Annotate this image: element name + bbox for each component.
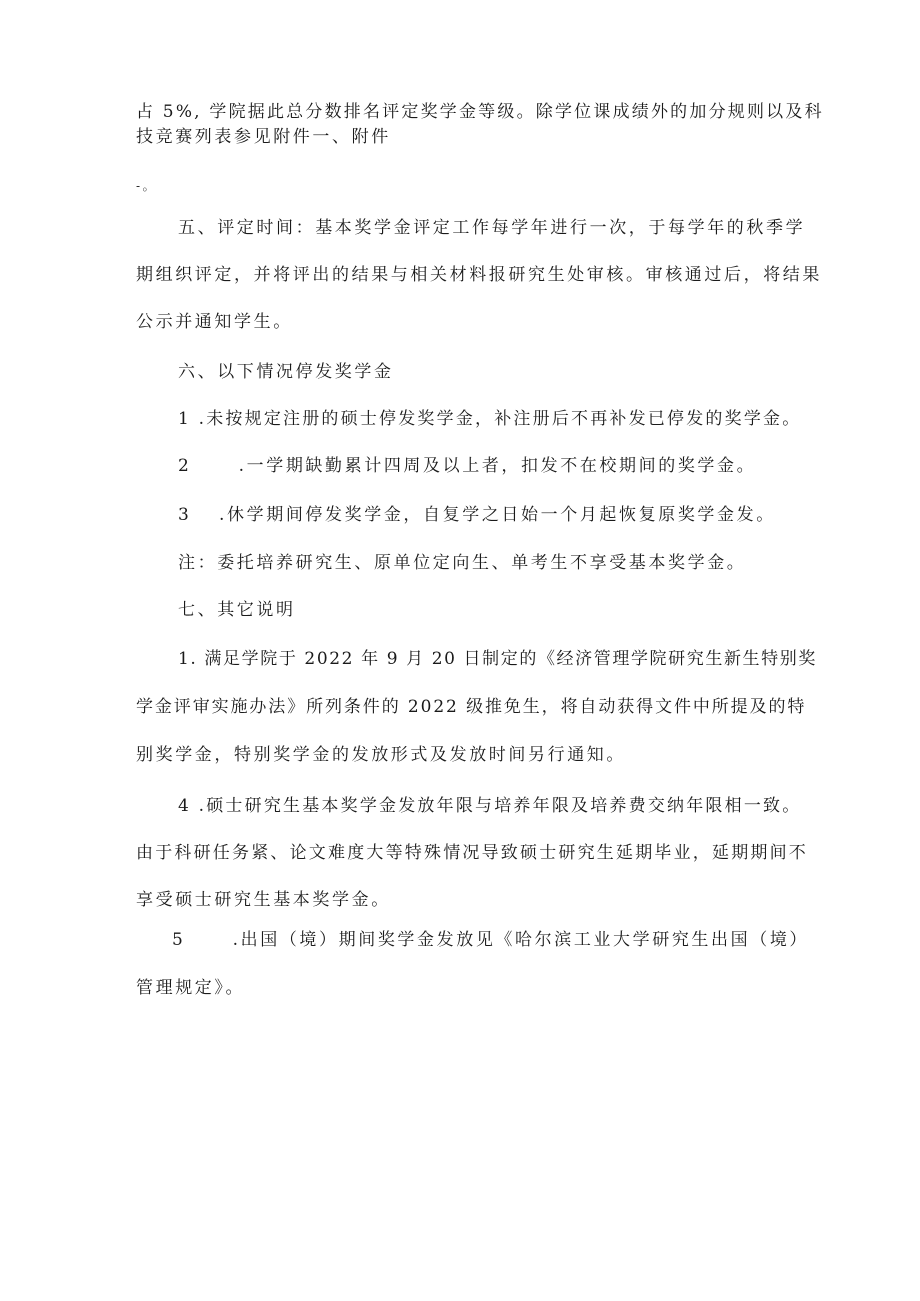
list-item: 2 .一学期缺勤累计四周及以上者，扣发不在校期间的奖学金。 xyxy=(178,455,756,477)
note-line: 注：委托培养研究生、原单位定向生、单考生不享受基本奖学金。 xyxy=(178,552,746,574)
list-item: 5 .出国（境）期间奖学金发放见《哈尔滨工业大学研究生出国（境） xyxy=(172,929,809,951)
list-item: 1. 满足学院于 2022 年 9 月 20 日制定的《经济管理学院研究生新生特… xyxy=(178,648,817,670)
paragraph-line: 享受硕士研究生基本奖学金。 xyxy=(136,889,391,911)
list-item: 4 .硕士研究生基本奖学金发放年限与培养年限及培养费交纳年限相一致。 xyxy=(178,795,801,817)
section-6-heading: 六、以下情况停发奖学金 xyxy=(178,361,394,383)
paragraph-line: 公示并通知学生。 xyxy=(136,311,293,333)
paragraph-line: 占 5%, 学院据此总分数排名评定奖学金等级。除学位课成绩外的加分规则以及科 xyxy=(136,101,824,123)
paragraph-line: 由于科研任务紧、论文难度大等特殊情况导致硕士研究生延期毕业，延期期间不 xyxy=(136,842,808,864)
paragraph-line: -。 xyxy=(136,175,157,197)
paragraph-line: 管理规定》。 xyxy=(136,977,245,999)
section-5-heading-line: 五、评定时间：基本奖学金评定工作每学年进行一次，于每学年的秋季学 xyxy=(178,217,805,239)
paragraph-line: 技竞赛列表参见附件一、附件 xyxy=(136,126,391,148)
list-item: 1 .未按规定注册的硕士停发奖学金，补注册后不再补发已停发的奖学金。 xyxy=(178,408,801,430)
document-page: 占 5%, 学院据此总分数排名评定奖学金等级。除学位课成绩外的加分规则以及科 技… xyxy=(0,0,920,1301)
section-7-heading: 七、其它说明 xyxy=(178,599,296,621)
paragraph-line: 学金评审实施办法》所列条件的 2022 级推免生，将自动获得文件中所提及的特 xyxy=(136,696,806,718)
paragraph-line: 期组织评定，并将评出的结果与相关材料报研究生处审核。审核通过后，将结果 xyxy=(136,264,822,286)
paragraph-line: 别奖学金，特别奖学金的发放形式及发放时间另行通知。 xyxy=(136,744,626,766)
list-item: 3 .休学期间停发奖学金，自复学之日始一个月起恢复原奖学金发。 xyxy=(178,504,776,526)
